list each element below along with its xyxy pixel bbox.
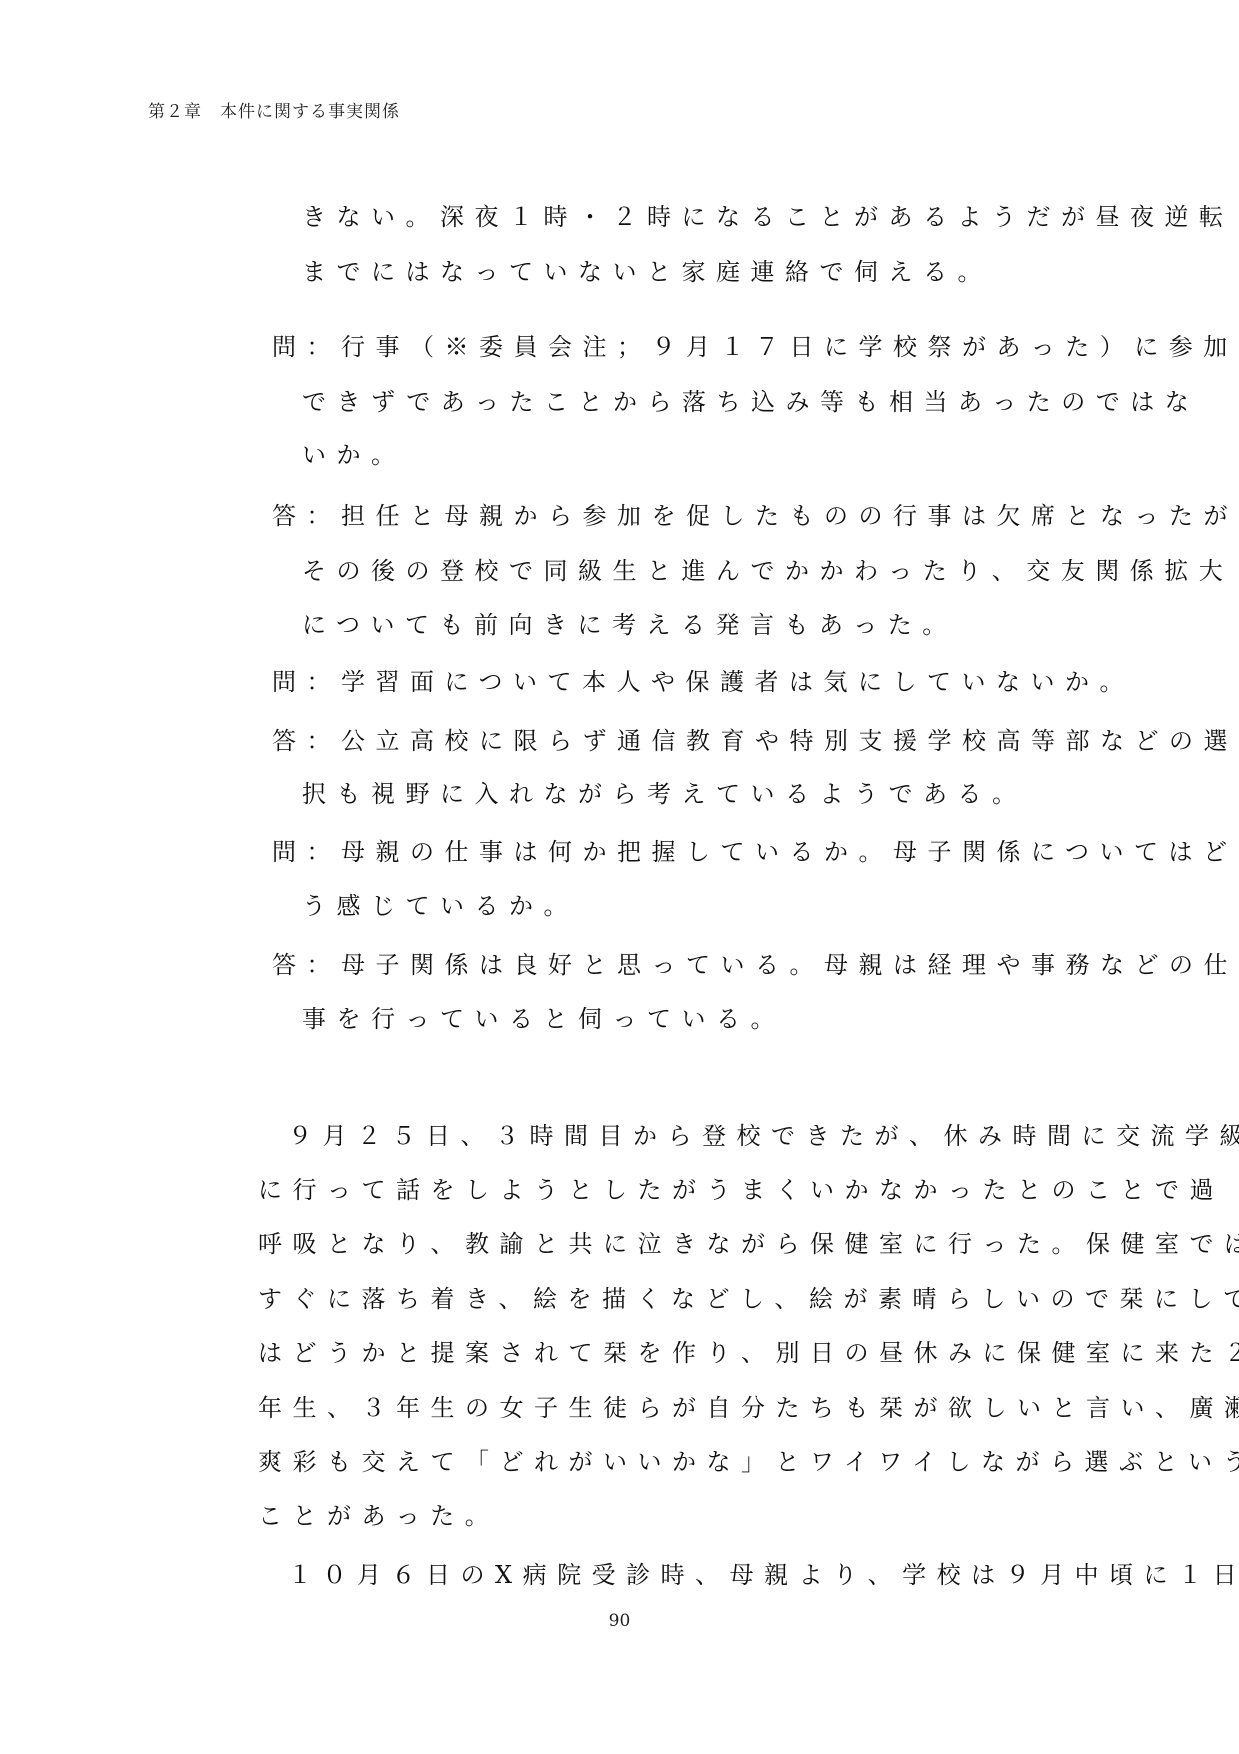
answer-line: 答：担任と母親から参加を促したものの行事は欠席となったが、 (272, 504, 1239, 528)
answer-line: 答：母子関係は良好と思っている。母親は経理や事務などの仕 (272, 953, 1238, 977)
question-line: できずであったことから落ち込み等も相当あったのではな (302, 390, 1199, 414)
text-line: きない。深夜１時・２時になることがあるようだが昼夜逆転 (302, 205, 1234, 229)
question-line: 問：行事（※委員会注；９月１７日に学校祭があった）に参加 (272, 335, 1238, 359)
paragraph-line: すぐに落ち着き、絵を描くなどし、絵が素晴らしいので栞にして (258, 1287, 1239, 1311)
paragraph-line: １０月６日のX病院受診時、母親より、学校は９月中頃に１日 (288, 1563, 1239, 1587)
paragraph-line: はどうかと提案されて栞を作り、別日の昼休みに保健室に来た２ (258, 1341, 1239, 1365)
paragraph-line: ９月２５日、３時間目から登校できたが、休み時間に交流学級 (288, 1124, 1239, 1148)
page-number: 90 (0, 1611, 1239, 1631)
answer-line: その後の登校で同級生と進んでかかわったり、交友関係拡大 (302, 559, 1233, 583)
paragraph-line: ことがあった。 (258, 1504, 499, 1528)
paragraph-line: に行って話をしようとしたがうまくいかなかったとのことで過 (258, 1178, 1224, 1202)
question-line: 問：学習面について本人や保護者は気にしていないか。 (272, 670, 1134, 694)
question-line: 問：母親の仕事は何か把握しているか。母子関係についてはど (272, 840, 1238, 864)
question-line: いか。 (302, 443, 406, 467)
answer-line: についても前向きに考える発言もあった。 (302, 613, 957, 637)
chapter-header: 第２章 本件に関する事実関係 (148, 97, 400, 122)
paragraph-line: 年生、３年生の女子生徒らが自分たちも栞が欲しいと言い、廣瀬 (258, 1396, 1239, 1420)
answer-line: 択も視野に入れながら考えているようである。 (302, 782, 1027, 806)
text-line: までにはなっていないと家庭連絡で伺える。 (302, 260, 992, 284)
paragraph-line: 爽彩も交えて「どれがいいかな」とワイワイしながら選ぶという (258, 1450, 1239, 1474)
answer-line: 事を行っていると伺っている。 (302, 1007, 785, 1031)
paragraph-line: 呼吸となり、教諭と共に泣きながら保健室に行った。保健室では (258, 1232, 1239, 1256)
question-line: う感じているか。 (302, 894, 578, 918)
answer-line: 答：公立高校に限らず通信教育や特別支援学校高等部などの選 (272, 729, 1238, 753)
